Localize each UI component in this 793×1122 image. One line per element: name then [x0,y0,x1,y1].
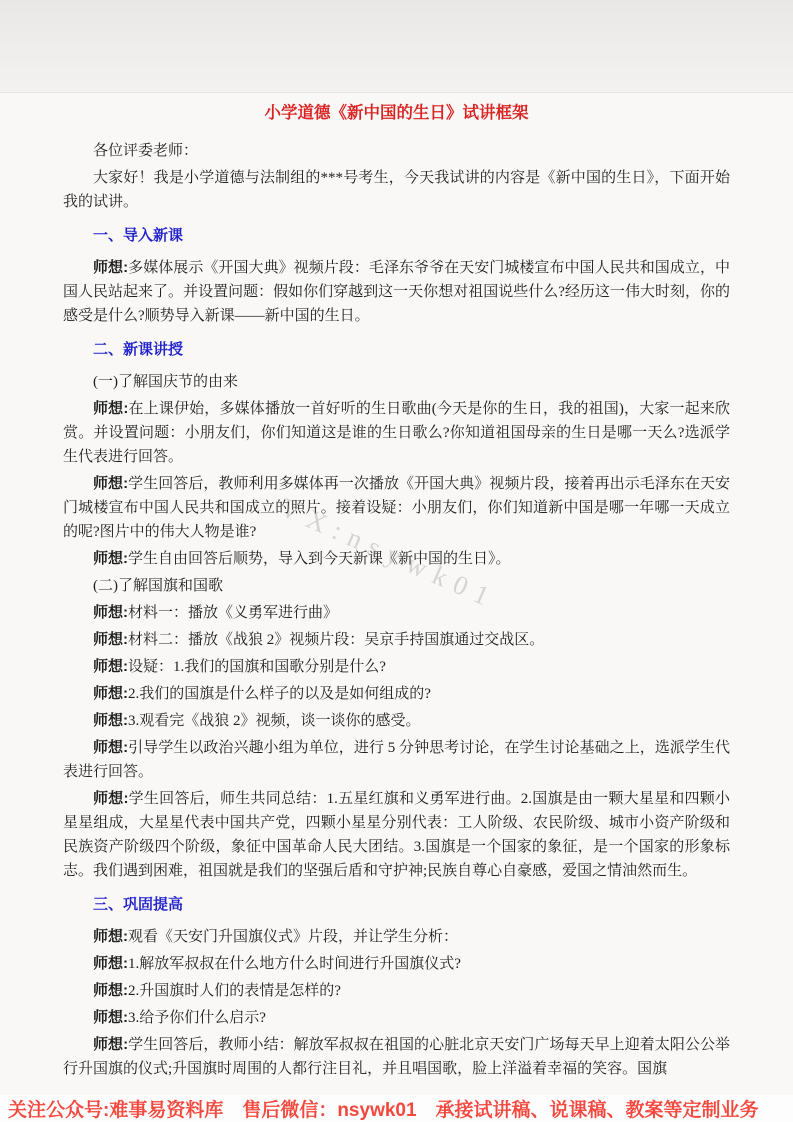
teacher-label: 师想: [93,1036,128,1053]
teacher-label: 师想: [93,475,128,492]
paragraph-text: 学生回答后，教师小结：解放军叔叔在祖国的心脏北京天安门广场每天早上迎着太阳公公举… [63,1037,730,1077]
teacher-note-paragraph: 师想:多媒体展示《开国大典》视频片段：毛泽东爷爷在天安门城楼宣布中国人民共和国成… [63,256,730,328]
subsection-heading-national-day: (一)了解国庆节的由来 [63,370,730,394]
paragraph-text: 学生自由回答后顺势，导入到今天新课《新中国的生日》。 [128,551,511,567]
teacher-label: 师想: [93,658,128,675]
window-top-margin [0,0,793,93]
section-heading-lead-in: 一、导入新课 [63,224,730,248]
greeting-paragraph: 各位评委老师： [63,139,730,163]
teacher-note-paragraph: 师想:学生回答后，师生共同总结：1.五星红旗和义勇军进行曲。2.国旗是由一颗大星… [63,787,730,883]
document-page: 小学道德《新中国的生日》试讲框架 各位评委老师： 大家好！我是小学道德与法制组的… [0,93,793,1095]
teacher-label: 师想: [93,712,128,729]
paragraph-text: 3.观看完《战狼 2》视频，谈一谈你的感受。 [128,713,421,729]
section-heading-new-lesson: 二、新课讲授 [63,338,730,362]
teacher-label: 师想: [93,982,128,999]
teacher-label: 师想: [93,928,128,945]
teacher-label: 师想: [93,955,128,972]
paragraph-text: 3.给予你们什么启示? [128,1010,266,1026]
teacher-label: 师想: [93,259,128,276]
teacher-label: 师想: [93,685,128,702]
paragraph-text: 2.我们的国旗是什么样子的以及是如何组成的? [128,686,431,702]
teacher-note-paragraph: 师想:学生回答后，教师利用多媒体再一次播放《开国大典》视频片段，接着再出示毛泽东… [63,472,730,544]
teacher-note-paragraph: 师想:3.给予你们什么启示? [63,1006,730,1030]
section-heading-consolidation: 三、巩固提高 [63,893,730,917]
teacher-label: 师想: [93,550,128,567]
paragraph-text: 2.升国旗时人们的表情是怎样的? [128,983,341,999]
teacher-note-paragraph: 师想:学生自由回答后顺势，导入到今天新课《新中国的生日》。 [63,547,730,571]
teacher-label: 师想: [93,1009,128,1026]
intro-paragraph: 大家好！我是小学道德与法制组的***号考生，今天我试讲的内容是《新中国的生日》，… [63,166,730,214]
paragraph-text: 多媒体展示《开国大典》视频片段：毛泽东爷爷在天安门城楼宣布中国人民共和国成立，中… [63,260,730,324]
teacher-note-paragraph: 师想:引导学生以政治兴趣小组为单位，进行 5 分钟思考讨论，在学生讨论基础之上，… [63,736,730,784]
teacher-note-paragraph: 师想:设疑：1.我们的国旗和国歌分别是什么? [63,655,730,679]
teacher-label: 师想: [93,400,128,417]
teacher-note-paragraph: 师想:材料二：播放《战狼 2》视频片段：吴京手持国旗通过交战区。 [63,628,730,652]
teacher-label: 师想: [93,790,128,807]
footer-banner: 关注公众号:难事易资料库 售后微信：nsywk01 承接试讲稿、说课稿、教案等定… [0,1095,793,1122]
paragraph-text: 设疑：1.我们的国旗和国歌分别是什么? [128,659,386,675]
teacher-label: 师想: [93,631,128,648]
paragraph-text: 材料一：播放《义勇军进行曲》 [128,605,338,621]
footer-promo-text: 关注公众号:难事易资料库 售后微信：nsywk01 承接试讲稿、说课稿、教案等定… [8,1095,759,1122]
teacher-label: 师想: [93,739,128,756]
teacher-note-paragraph: 师想:3.观看完《战狼 2》视频，谈一谈你的感受。 [63,709,730,733]
document-title: 小学道德《新中国的生日》试讲框架 [63,101,730,125]
paragraph-text: 观看《天安门升国旗仪式》片段，并让学生分析： [128,929,458,945]
teacher-note-paragraph: 师想:观看《天安门升国旗仪式》片段，并让学生分析： [63,925,730,949]
teacher-note-paragraph: 师想:学生回答后，教师小结：解放军叔叔在祖国的心脏北京天安门广场每天早上迎着太阳… [63,1033,730,1081]
teacher-note-paragraph: 师想:2.我们的国旗是什么样子的以及是如何组成的? [63,682,730,706]
subsection-heading-flag-anthem: (二)了解国旗和国歌 [63,574,730,598]
teacher-note-paragraph: 师想:材料一：播放《义勇军进行曲》 [63,601,730,625]
paragraph-text: 1.解放军叔叔在什么地方什么时间进行升国旗仪式? [128,956,461,972]
teacher-label: 师想: [93,604,128,621]
paragraph-text: 引导学生以政治兴趣小组为单位，进行 5 分钟思考讨论，在学生讨论基础之上，选派学… [63,740,730,780]
teacher-note-paragraph: 师想:2.升国旗时人们的表情是怎样的? [63,979,730,1003]
paragraph-text: 材料二：播放《战狼 2》视频片段：吴京手持国旗通过交战区。 [128,632,544,648]
paragraph-text: 在上课伊始，多媒体播放一首好听的生日歌曲(今天是你的生日，我的祖国)，大家一起来… [63,401,730,465]
teacher-note-paragraph: 师想:在上课伊始，多媒体播放一首好听的生日歌曲(今天是你的生日，我的祖国)，大家… [63,397,730,469]
teacher-note-paragraph: 师想:1.解放军叔叔在什么地方什么时间进行升国旗仪式? [63,952,730,976]
paragraph-text: 学生回答后，教师利用多媒体再一次播放《开国大典》视频片段，接着再出示毛泽东在天安… [63,476,730,540]
paragraph-text: 学生回答后，师生共同总结：1.五星红旗和义勇军进行曲。2.国旗是由一颗大星星和四… [63,791,730,879]
